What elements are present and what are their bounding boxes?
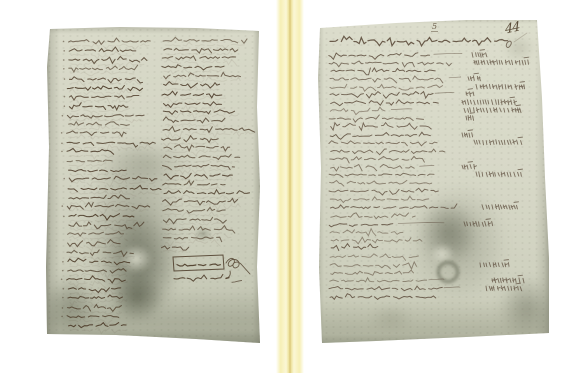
right-page-handwriting <box>316 18 550 348</box>
folio-number: 44 <box>505 19 520 37</box>
left-page-handwriting <box>46 27 260 345</box>
left-manuscript-page <box>46 27 260 345</box>
photograph-background: 5 44 <box>0 0 580 373</box>
book-gutter-fold <box>276 0 304 373</box>
right-manuscript-page: 5 44 <box>316 18 550 348</box>
quire-mark: 5 <box>431 22 438 32</box>
